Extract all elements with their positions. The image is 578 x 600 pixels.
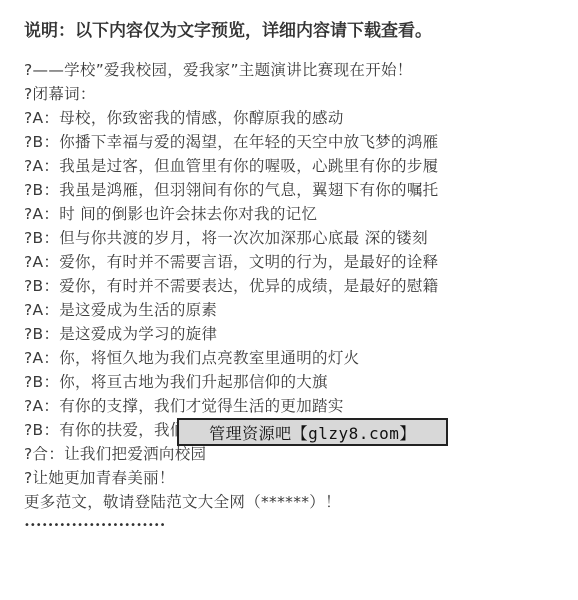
doc-line: ?让她更加青春美丽！ <box>24 466 564 490</box>
doc-line-closing-heading: ?闭幕词： <box>24 82 564 106</box>
doc-line: ?A：爱你，有时并不需要言语，文明的行为，是最好的诠释 <box>24 250 564 274</box>
doc-line-title: ?——学校”爱我校园，爱我家”主题演讲比赛现在开始！ <box>24 58 564 82</box>
dotted-separator: •••••••••••••••••••••••• <box>24 514 564 538</box>
doc-line: ?A：时 间的倒影也许会抹去你对我的记忆 <box>24 202 564 226</box>
doc-line: ?B：爱你，有时并不需要表达，优异的成绩，是最好的慰籍 <box>24 274 564 298</box>
doc-line: ?B：你播下幸福与爱的渴望，在年轻的天空中放飞梦的鸿雁 <box>24 130 564 154</box>
doc-line: ?B：我虽是鸿雁，但羽翎间有你的气息，翼翅下有你的嘱托 <box>24 178 564 202</box>
doc-line: ?A：是这爱成为生活的原素 <box>24 298 564 322</box>
watermark-banner: 管理资源吧【glzy8.com】 <box>177 418 448 446</box>
doc-line: ?A：你，将恒久地为我们点亮教室里通明的灯火 <box>24 346 564 370</box>
doc-line: ?A：有你的支撑，我们才觉得生活的更加踏实 <box>24 394 564 418</box>
preview-notice: 说明：以下内容仅为文字预览，详细内容请下载查看。 <box>24 19 432 43</box>
doc-line: ?B：但与你共渡的岁月，将一次次加深那心底最 深的镂刻 <box>24 226 564 250</box>
doc-line: ?B：你，将亘古地为我们升起那信仰的大旗 <box>24 370 564 394</box>
doc-line: ?A：母校，你致密我的情感，你醇原我的感动 <box>24 106 564 130</box>
doc-line-more-link: 更多范文，敬请登陆范文大全网（******）！ <box>24 490 564 514</box>
doc-line: ?B：是这爱成为学习的旋律 <box>24 322 564 346</box>
document-body: ?——学校”爱我校园，爱我家”主题演讲比赛现在开始！ ?闭幕词： ?A：母校，你… <box>24 58 564 538</box>
doc-line: ?A：我虽是过客，但血管里有你的喔吸，心跳里有你的步履 <box>24 154 564 178</box>
